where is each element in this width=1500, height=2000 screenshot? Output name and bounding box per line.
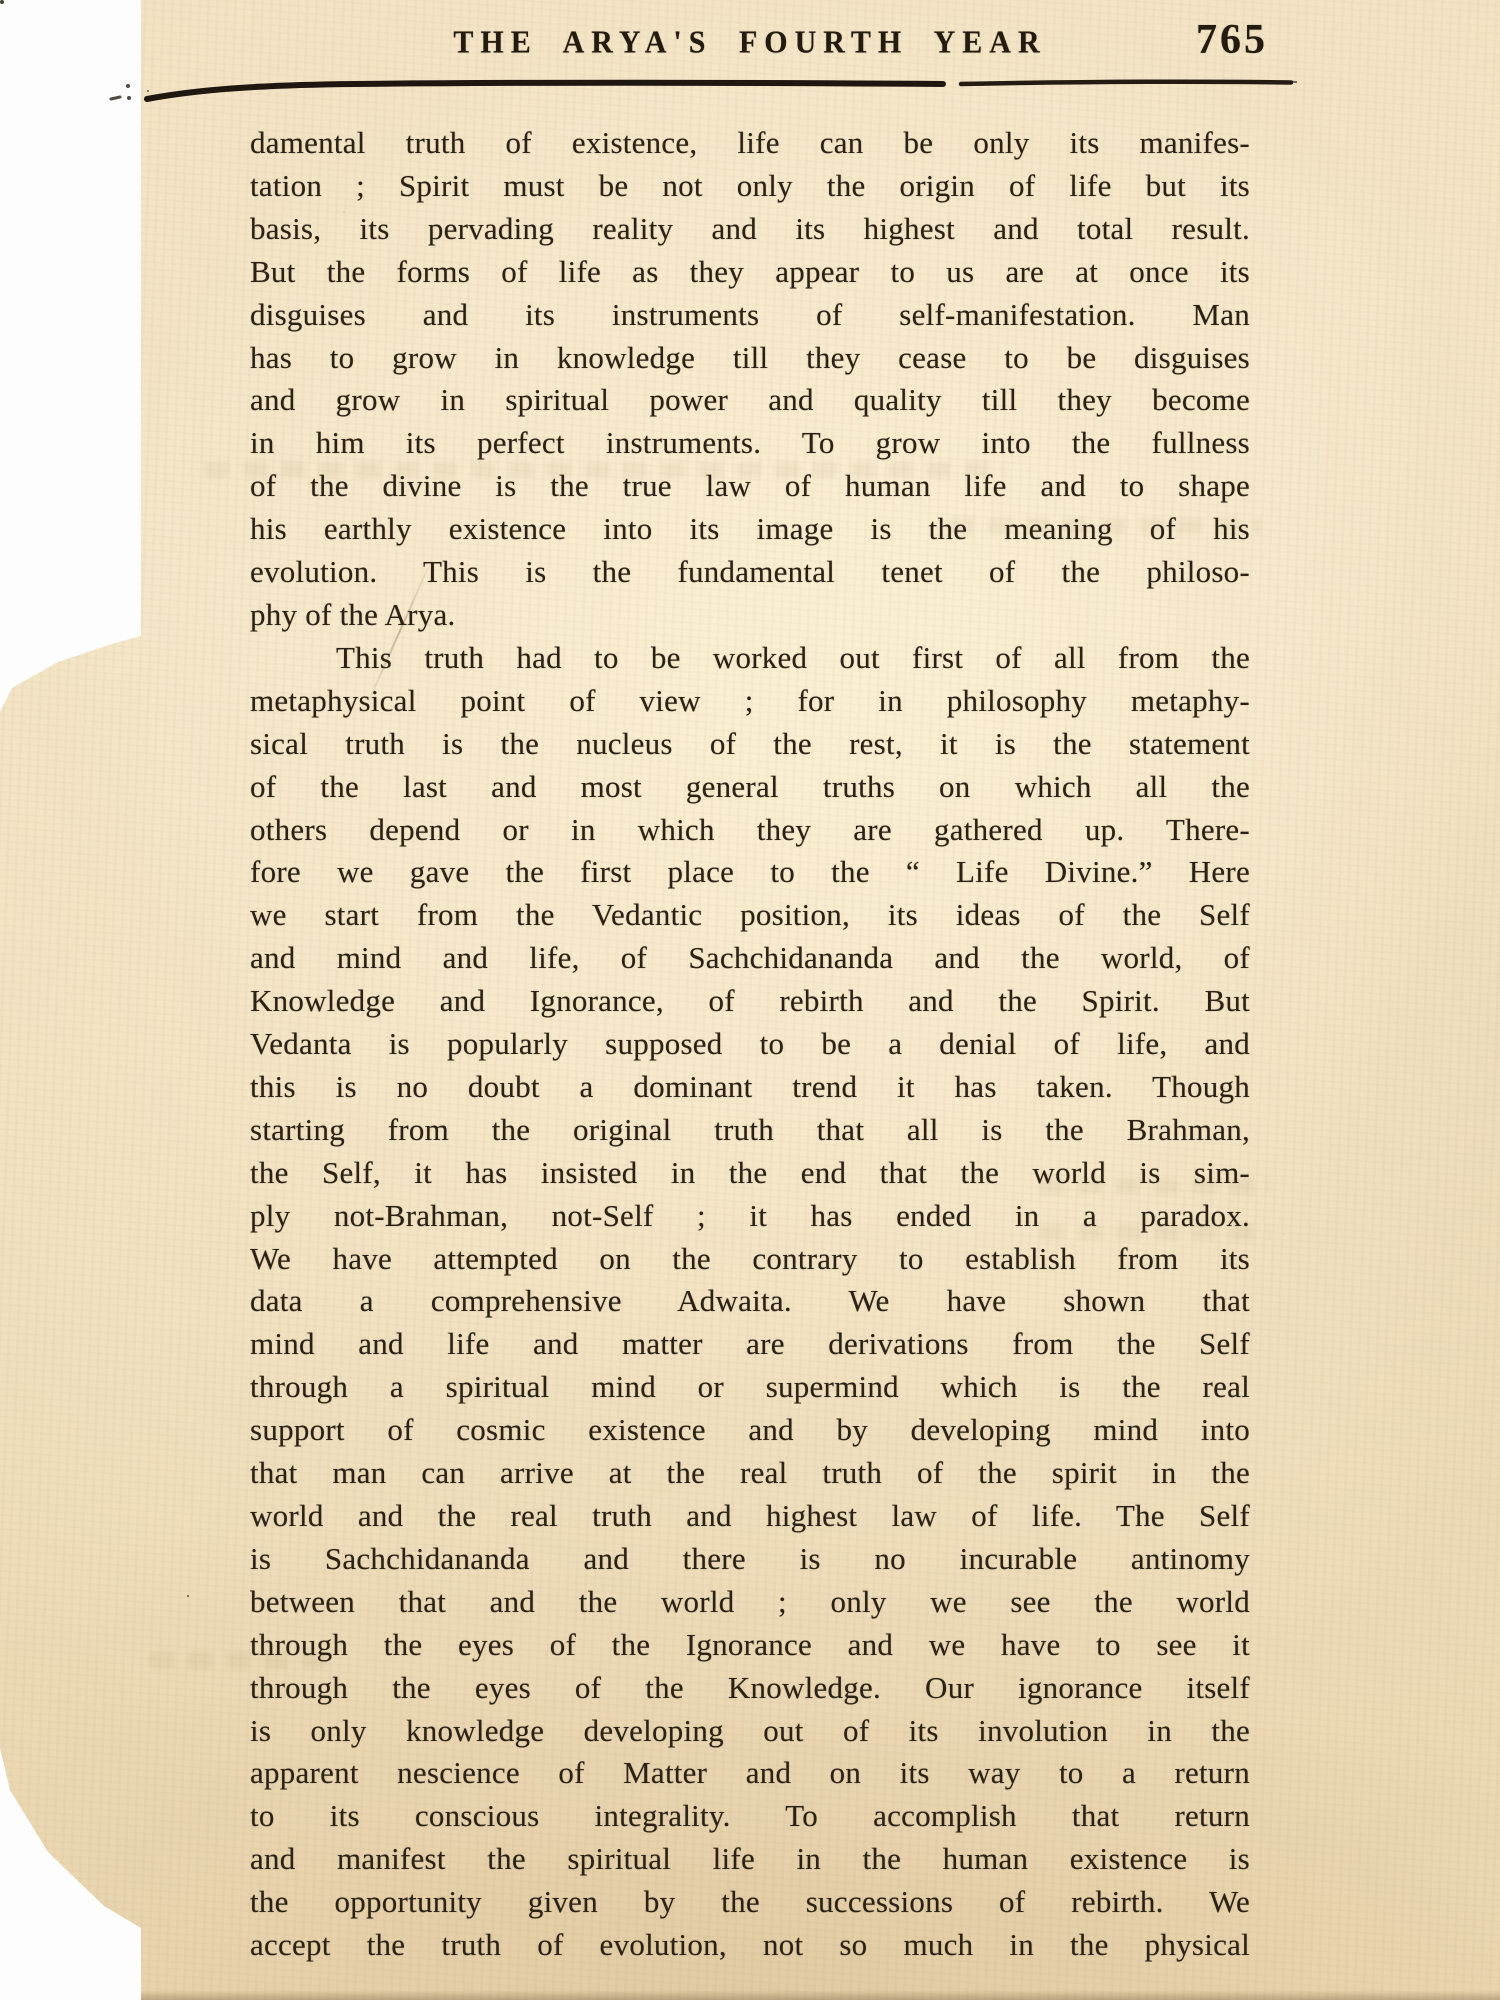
bottom-edge-shadow bbox=[141, 1990, 1500, 2000]
paragraph: This truth had to be worked out first of… bbox=[250, 637, 1250, 1967]
text-line: evolution. This is the fundamental tenet… bbox=[250, 551, 1250, 594]
page-title: THE ARYA'S FOURTH YEAR bbox=[0, 25, 1500, 61]
text-line: But the forms of life as they appear to … bbox=[250, 251, 1250, 294]
text-line: that man can arrive at the real truth of… bbox=[250, 1452, 1250, 1495]
text-line: between that and the world ; only we see… bbox=[250, 1581, 1250, 1624]
text-line: ply not-Brahman, not-Self ; it has ended… bbox=[250, 1195, 1250, 1238]
text-line: his earthly existence into its image is … bbox=[250, 508, 1250, 551]
text-line: sical truth is the nucleus of the rest, … bbox=[250, 723, 1250, 766]
ink-specks bbox=[0, 0, 4, 4]
body-text: damental truth of existence, life can be… bbox=[250, 122, 1250, 1967]
text-line: mind and life and matter are derivations… bbox=[250, 1323, 1250, 1366]
text-line: support of cosmic existence and by devel… bbox=[250, 1409, 1250, 1452]
text-line: disguises and its instruments of self-ma… bbox=[250, 294, 1250, 337]
text-line: the opportunity given by the successions… bbox=[250, 1881, 1250, 1924]
page-scan: THE ARYA'S FOURTH YEAR 765 damental trut… bbox=[0, 0, 1500, 2000]
text-line: is Sachchidananda and there is no incura… bbox=[250, 1538, 1250, 1581]
text-line: and manifest the spiritual life in the h… bbox=[250, 1838, 1250, 1881]
text-line: through the eyes of the Ignorance and we… bbox=[250, 1624, 1250, 1667]
text-line: apparent nescience of Matter and on its … bbox=[250, 1752, 1250, 1795]
text-line: of the last and most general truths on w… bbox=[250, 766, 1250, 809]
text-line: and grow in spiritual power and quality … bbox=[250, 379, 1250, 422]
text-line: accept the truth of evolution, not so mu… bbox=[250, 1924, 1250, 1967]
text-line: through a spiritual mind or supermind wh… bbox=[250, 1366, 1250, 1409]
text-line: Vedanta is popularly supposed to be a de… bbox=[250, 1023, 1250, 1066]
text-line: metaphysical point of view ; for in phil… bbox=[250, 680, 1250, 723]
text-line: We have attempted on the contrary to est… bbox=[250, 1238, 1250, 1281]
text-line: others depend or in which they are gathe… bbox=[250, 809, 1250, 852]
text-line: of the divine is the true law of human l… bbox=[250, 465, 1250, 508]
text-line: phy of the Arya. bbox=[250, 594, 1250, 637]
header-rule bbox=[105, 72, 1315, 106]
text-line: starting from the original truth that al… bbox=[250, 1109, 1250, 1152]
text-line: basis, its pervading reality and its hig… bbox=[250, 208, 1250, 251]
text-line: in him its perfect instruments. To grow … bbox=[250, 422, 1250, 465]
running-header: THE ARYA'S FOURTH YEAR 765 bbox=[0, 20, 1500, 70]
text-line: to its conscious integrality. To accompl… bbox=[250, 1795, 1250, 1838]
text-line: is only knowledge developing out of its … bbox=[250, 1710, 1250, 1753]
text-line: world and the real truth and highest law… bbox=[250, 1495, 1250, 1538]
text-line: this is no doubt a dominant trend it has… bbox=[250, 1066, 1250, 1109]
text-line: Knowledge and Ignorance, of rebirth and … bbox=[250, 980, 1250, 1023]
text-line: damental truth of existence, life can be… bbox=[250, 122, 1250, 165]
text-line: tation ; Spirit must be not only the ori… bbox=[250, 165, 1250, 208]
text-line: and mind and life, of Sachchidananda and… bbox=[250, 937, 1250, 980]
paragraph: damental truth of existence, life can be… bbox=[250, 122, 1250, 637]
text-line: the Self, it has insisted in the end tha… bbox=[250, 1152, 1250, 1195]
text-line: we start from the Vedantic position, its… bbox=[250, 894, 1250, 937]
text-line: through the eyes of the Knowledge. Our i… bbox=[250, 1667, 1250, 1710]
page-number: 765 bbox=[1196, 16, 1268, 64]
text-line: data a comprehensive Adwaita. We have sh… bbox=[250, 1280, 1250, 1323]
text-line: This truth had to be worked out first of… bbox=[250, 637, 1250, 680]
text-line: fore we gave the first place to the “ Li… bbox=[250, 851, 1250, 894]
text-line: has to grow in knowledge till they cease… bbox=[250, 337, 1250, 380]
